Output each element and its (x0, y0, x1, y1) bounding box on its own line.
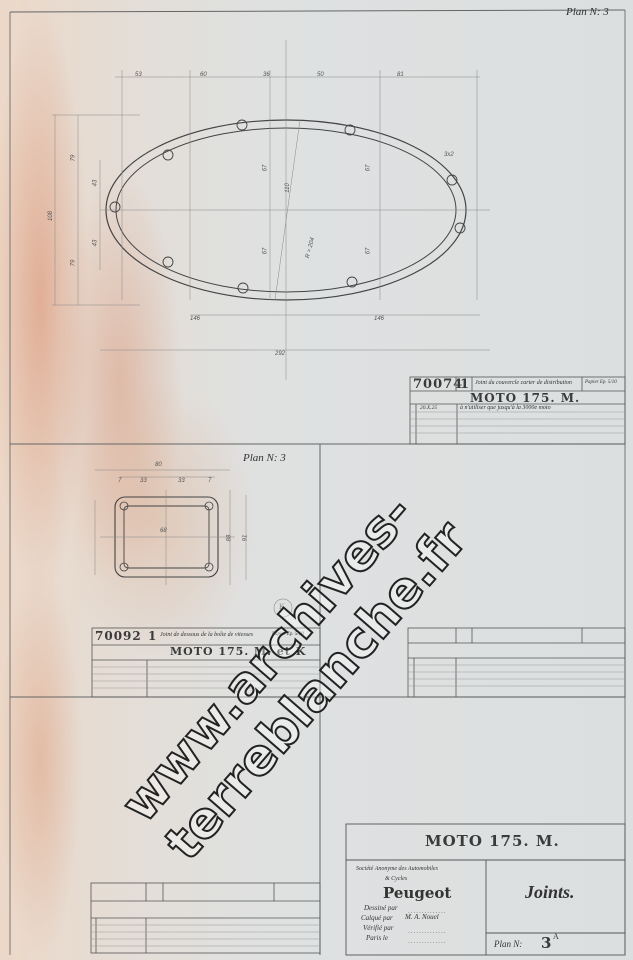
part-index-2: 1 (148, 629, 157, 643)
dim2-side-2: 91 (242, 535, 248, 542)
dim2-inner: 68 (160, 528, 167, 534)
revision-note-1: à n'utiliser que jusqu'à la 3000e moto (460, 405, 551, 411)
date-dots: .............. (408, 937, 447, 945)
company-line-1: Société Anonyme des Automobiles (356, 866, 438, 872)
dim-inner-3: 67 (365, 165, 371, 172)
checked-by-label: Vérifié par (363, 924, 394, 932)
dim-bottom-total: 292 (275, 351, 285, 357)
dim2-top-a: 7 (118, 478, 121, 484)
part-number-2: 70092 (95, 629, 142, 643)
date-label: Paris le (366, 934, 388, 942)
dim-left-upper: 79 (70, 155, 76, 162)
dim-inner-2: 67 (262, 248, 268, 255)
dim2-top-d: 7 (208, 478, 211, 484)
plan-number-top: Plan N: 3 (566, 6, 609, 18)
dim-height: 110 (285, 183, 291, 193)
dim-left-lower: 79 (70, 260, 76, 267)
main-model: MOTO 175. M. (425, 832, 560, 850)
dim-inner-4: 67 (365, 248, 371, 255)
checked-by-dots: .............. (408, 927, 447, 935)
dim-bottom-right: 146 (374, 316, 384, 322)
technical-drawing-lines (0, 0, 633, 960)
dim2-top-c: 33 (178, 478, 185, 484)
part-number-1: 70074 (413, 377, 463, 392)
part-material-1: Papier Ep. 5/10 (585, 380, 617, 385)
part-model-1: MOTO 175. M. (470, 391, 580, 405)
traced-by-label: Calqué par (361, 914, 393, 922)
dim-left-total: 108 (48, 211, 54, 221)
dim-left-inner-lower: 43 (92, 240, 98, 247)
company-line-2: & Cycles (385, 876, 407, 882)
dim2-top: 80 (155, 462, 162, 468)
dim-inner-1: 67 (262, 165, 268, 172)
part-index-1: 1 (460, 377, 470, 392)
drawn-by-dots: .............. (408, 907, 447, 915)
dim-bottom-left: 146 (190, 316, 200, 322)
dim-top-3: 36 (263, 72, 270, 78)
revision-date-1: 20.X.25 (420, 405, 437, 411)
company-name: Peugeot (383, 884, 451, 902)
part-description-2: Joint de dessous de la boîte de vitesses (160, 632, 253, 638)
dim-top-4: 50 (317, 72, 324, 78)
plan-label-2: Plan N: 3 (243, 452, 286, 464)
drawing-subject: Joints. (525, 882, 575, 903)
drawn-by-label: Dessiné par (364, 904, 398, 912)
plan-suffix: A (553, 932, 559, 941)
dim-top-2: 60 (200, 72, 207, 78)
dim-small-1: 3x2 (444, 152, 454, 158)
dim2-top-b: 33 (140, 478, 147, 484)
drawing-sheet: Plan N: 3 53 60 36 50 81 108 79 79 43 43… (0, 0, 633, 960)
part-description-1: Joint du couvercle carter de distributio… (475, 380, 572, 386)
plan-number: 3 (541, 934, 552, 952)
dim-top-1: 53 (135, 72, 142, 78)
dim-top-5: 81 (397, 72, 404, 78)
plan-label: Plan N: (494, 939, 522, 949)
dim2-side-1: 88 (226, 535, 232, 542)
dim-left-inner-upper: 43 (92, 180, 98, 187)
